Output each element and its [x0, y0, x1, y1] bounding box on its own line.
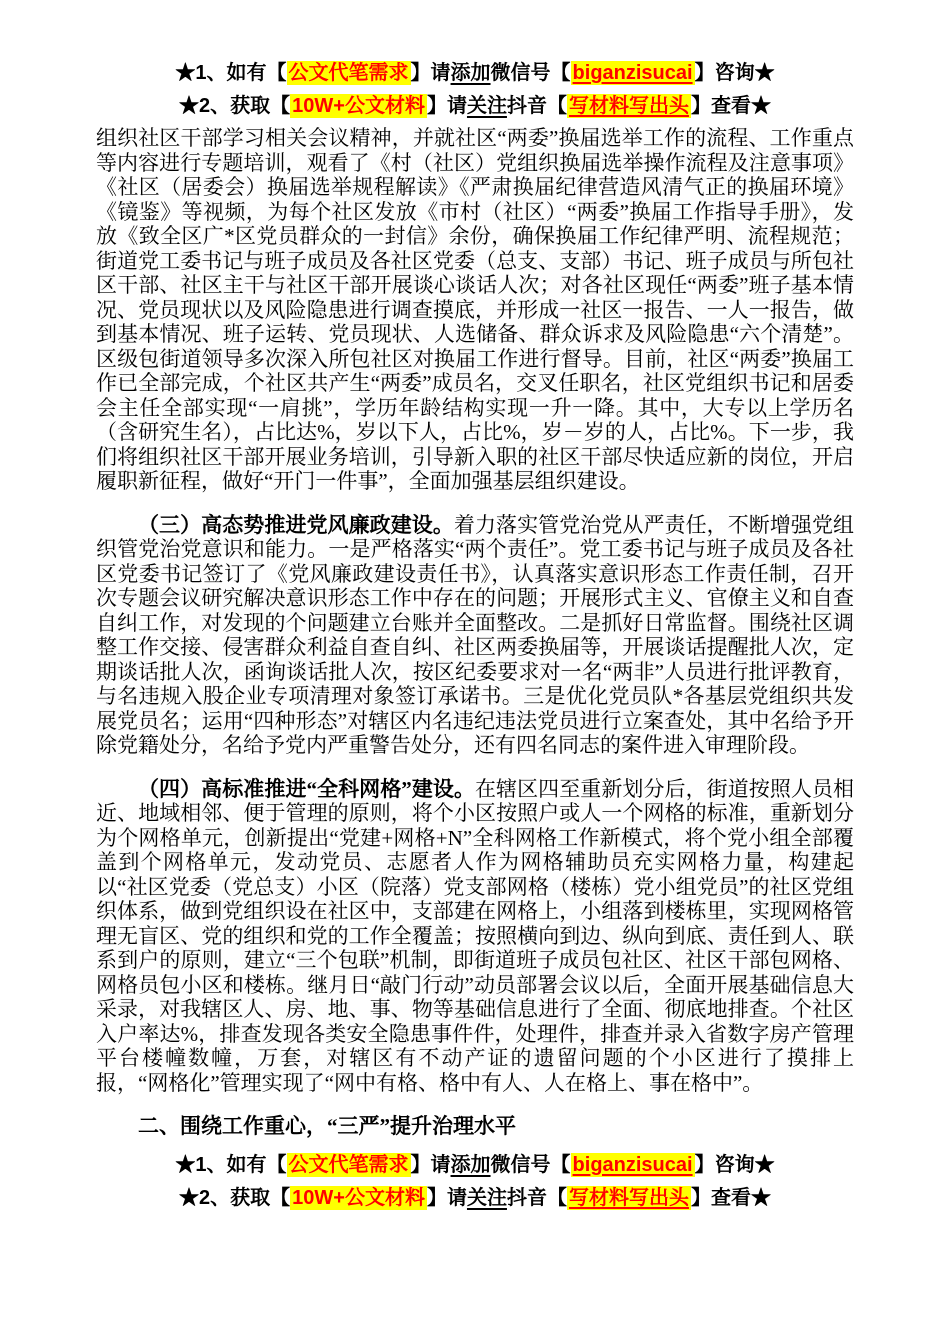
highlight-material-offer: 10W+公文材料 — [290, 94, 427, 118]
promo-text: 】咨询★ — [695, 1154, 775, 1176]
promo-text: 】请 — [427, 1187, 467, 1209]
paragraph-section-4: （四）高标准推进“全科网格”建设。在辖区四至重新划分后，街道按照人员相近、地域相… — [96, 777, 854, 1096]
promo-text: 】请 — [427, 95, 467, 117]
underline-follow-action: 关注 — [467, 95, 507, 117]
promo-text: 】查看★ — [691, 95, 771, 117]
promo-text: 】请 — [411, 1154, 451, 1176]
promo-banner-bottom-line-2: ★2、获取【10W+公文材料】请关注抖音【写材料写出头】查看★ — [0, 1182, 950, 1215]
underline-add-action: 添加 — [451, 1154, 491, 1176]
promo-text: 】查看★ — [691, 1187, 771, 1209]
promo-banner-top-line-1: ★1、如有【公文代笔需求】请添加微信号【biganzisucai】咨询★ — [0, 57, 950, 90]
promo-banner-top: ★1、如有【公文代笔需求】请添加微信号【biganzisucai】咨询★ ★2、… — [0, 0, 950, 123]
wechat-id: biganzisucai — [571, 61, 695, 85]
promo-text: 抖音【 — [507, 1187, 567, 1209]
section-4-body: 在辖区四至重新划分后，街道按照人员相近、地域相邻、便于管理的原则，将个小区按照户… — [96, 777, 854, 1095]
promo-banner-bottom: ★1、如有【公文代笔需求】请添加微信号【biganzisucai】咨询★ ★2、… — [0, 1149, 950, 1215]
promo-text: ★2、获取【 — [179, 95, 290, 117]
promo-banner-bottom-line-1: ★1、如有【公文代笔需求】请添加微信号【biganzisucai】咨询★ — [0, 1149, 950, 1182]
underline-add-action: 添加 — [451, 62, 491, 84]
document-page: ★1、如有【公文代笔需求】请添加微信号【biganzisucai】咨询★ ★2、… — [0, 0, 950, 1344]
underline-follow-action: 关注 — [467, 1187, 507, 1209]
highlight-writing-service: 公文代笔需求 — [287, 1153, 411, 1177]
promo-text: 微信号【 — [491, 62, 571, 84]
section-3-heading: （三）高态势推进党风廉政建设。 — [138, 513, 454, 537]
section-4-heading: （四）高标准推进“全科网格”建设。 — [138, 777, 475, 801]
paragraph-continuation: 组织社区干部学习相关会议精神，并就社区“两委”换届选举工作的流程、工作重点等内容… — [96, 126, 854, 494]
promo-text: 抖音【 — [507, 95, 567, 117]
promo-text: ★1、如有【 — [175, 62, 286, 84]
promo-text: 微信号【 — [491, 1154, 571, 1176]
promo-text: ★2、获取【 — [179, 1187, 290, 1209]
douyin-id: 写材料写出头 — [567, 1186, 691, 1210]
wechat-id: biganzisucai — [571, 1153, 695, 1177]
document-body: 组织社区干部学习相关会议精神，并就社区“两委”换届选举工作的流程、工作重点等内容… — [96, 126, 854, 1139]
section-heading-part-2: 二、围绕工作重心，“三严”提升治理水平 — [96, 1114, 854, 1139]
promo-text: 】咨询★ — [695, 62, 775, 84]
section-3-body: 着力落实管党治党从严责任，不断增强党组织管党治党意识和能力。一是严格落实“两个责… — [96, 513, 854, 758]
promo-text: ★1、如有【 — [175, 1154, 286, 1176]
promo-banner-top-line-2: ★2、获取【10W+公文材料】请关注抖音【写材料写出头】查看★ — [0, 90, 950, 123]
highlight-writing-service: 公文代笔需求 — [287, 61, 411, 85]
highlight-material-offer: 10W+公文材料 — [290, 1186, 427, 1210]
douyin-id: 写材料写出头 — [567, 94, 691, 118]
promo-text: 】请 — [411, 62, 451, 84]
paragraph-section-3: （三）高态势推进党风廉政建设。着力落实管党治党从严责任，不断增强党组织管党治党意… — [96, 513, 854, 758]
